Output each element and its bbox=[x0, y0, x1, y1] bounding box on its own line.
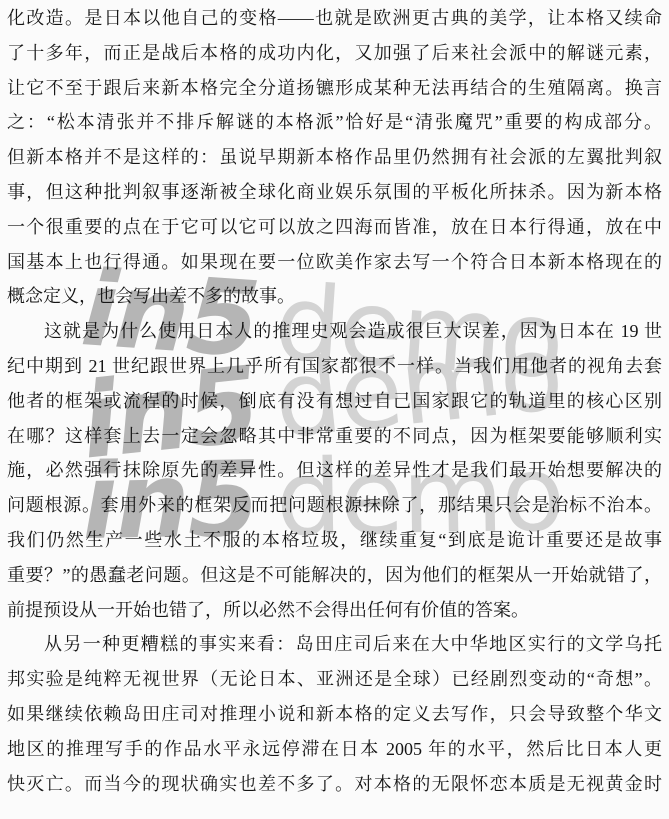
text-line: 他者的框架或流程的时候，倒底有没有想过自己国家跟它的轨道里的核心区别 bbox=[7, 384, 662, 419]
document-page: in5demo in5demo in5demo 化改造。是日本以他自己的变格——… bbox=[0, 0, 669, 819]
text-line-paragraph-end: 前提预设从一开始也错了，所以必然不会得出任何有价值的答案。 bbox=[7, 593, 662, 628]
text-line: 之：“松本清张并不排斥解谜的本格派”恰好是“清张魔咒”重要的构成部分。 bbox=[7, 105, 662, 140]
text-line: 如果继续依赖岛田庄司对推理小说和新本格的定义去写作，只会导致整个华文 bbox=[7, 697, 662, 732]
text-line-paragraph-end: 概念定义，也会写出差不多的故事。 bbox=[7, 279, 662, 314]
text-line: 邦实验是纯粹无视世界（无论日本、亚洲还是全球）已经剧烈变动的“奇想”。 bbox=[7, 662, 662, 697]
text-line: 问题根源。套用外来的框架反而把问题根源抹除了，那结果只会是治标不治本。 bbox=[7, 488, 662, 523]
text-line: 地区的推理写手的作品水平永远停滞在日本 2005 年的水平，然后比日本人更 bbox=[7, 732, 662, 767]
text-line: 快灭亡。而当今的现状确实也差不多了。对本格的无限怀恋本质是无视黄金时 bbox=[7, 767, 662, 802]
text-line: 国基本上也行得通。如果现在要一位欧美作家去写一个符合日本新本格现在的 bbox=[7, 245, 662, 280]
text-line-paragraph-start: 这就是为什么使用日本人的推理史观会造成很巨大误差，因为日本在 19 世 bbox=[7, 314, 662, 349]
text-line: 我们仍然生产一些水土不服的本格垃圾，继续重复“到底是诡计重要还是故事 bbox=[7, 523, 662, 558]
text-line: 事，但这种批判叙事逐渐被全球化商业娱乐氛围的平板化所抹杀。因为新本格 bbox=[7, 175, 662, 210]
text-line: 重要？”的愚蠢老问题。但这是不可能解决的，因为他们的框架从一开始就错了， bbox=[7, 558, 662, 593]
text-line: 但新本格并不是这样的：虽说早期新本格作品里仍然拥有社会派的左翼批判叙 bbox=[7, 140, 662, 175]
text-block: 化改造。是日本以他自己的变格——也就是欧洲更古典的美学，让本格又续命 了十多年，… bbox=[7, 1, 662, 801]
text-line: 在哪？这样套上去一定会忽略其中非常重要的不同点，因为框架要能够顺利实 bbox=[7, 419, 662, 454]
text-line: 化改造。是日本以他自己的变格——也就是欧洲更古典的美学，让本格又续命 bbox=[7, 1, 662, 36]
text-line: 一个很重要的点在于它可以它可以放之四海而皆准，放在日本行得通，放在中 bbox=[7, 210, 662, 245]
text-line: 施，必然强行抹除原先的差异性。但这样的差异性才是我们最开始想要解决的 bbox=[7, 453, 662, 488]
text-line: 让它不至于跟后来新本格完全分道扬镳形成某种无法再结合的生殖隔离。换言 bbox=[7, 71, 662, 106]
text-line-paragraph-start: 从另一种更糟糕的事实来看：岛田庄司后来在大中华地区实行的文学乌托 bbox=[7, 627, 662, 662]
text-line: 了十多年，而正是战后本格的成功内化，又加强了后来社会派中的解谜元素， bbox=[7, 36, 662, 71]
text-line: 纪中期到 21 世纪跟世界上几乎所有国家都很不一样。当我们用他者的视角去套 bbox=[7, 349, 662, 384]
